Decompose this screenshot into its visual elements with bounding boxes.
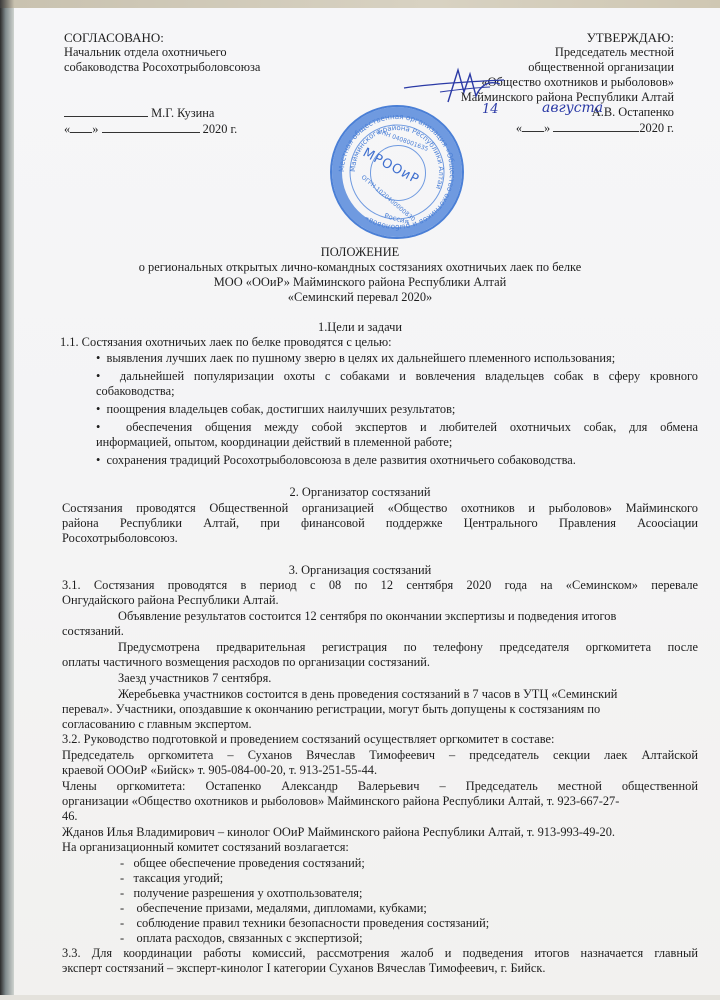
document-subtitle-line2: МОО «ООиР» Майминского района Республики…: [0, 275, 720, 290]
duty-item: - получение разрешения у охотпользовател…: [120, 886, 362, 901]
approved-position-line1: Председатель местной: [461, 45, 674, 60]
duty-item: - оплата расходов, связанных с экспертиз…: [120, 931, 363, 946]
zhdanov-line: Жданов Илья Владимирович – кинолог ООиР …: [62, 825, 615, 840]
quote-close: »: [544, 121, 550, 135]
duty-item: - соблюдение правил техники безопасности…: [120, 916, 489, 931]
section-1-heading: 1.Цели и задачи: [0, 320, 720, 335]
agreed-signer-name: М.Г. Кузина: [151, 106, 214, 120]
results-line2: состязаний.: [62, 624, 124, 639]
chair-line2: краевой ОООиР «Бийск» т. 905-084-00-20, …: [62, 763, 377, 778]
draw-line3: согласованию с главным экспертом.: [62, 717, 252, 732]
agreed-label: СОГЛАСОВАНО:: [64, 30, 260, 45]
bullet-icon: •: [96, 369, 100, 383]
members-line3: 46.: [62, 809, 78, 824]
results-line1: Объявление результатов состоится 12 сент…: [118, 609, 616, 624]
agreed-date-row: «» 2020 г.: [64, 121, 260, 137]
scan-top-edge: [0, 0, 720, 8]
signature-line: [64, 105, 148, 117]
draw-line1: Жеребьевка участников состоится в день п…: [118, 687, 617, 702]
quote-close: »: [92, 122, 98, 136]
list-item: • дальнейшей популяризации охоты с собак…: [96, 369, 698, 384]
section-2-heading: 2. Организатор состязаний: [0, 485, 720, 500]
dash-icon: -: [120, 856, 124, 870]
paragraph-3-3-line2: эксперт состязаний – эксперт-кинолог I к…: [62, 961, 545, 976]
duty-item: - таксация угодий;: [120, 871, 223, 886]
bullet-icon: •: [96, 402, 100, 416]
agreed-position-line2: собаководства Росохотрыболовсоюза: [64, 60, 260, 75]
members-line2: организации «Общество охотников и рыболо…: [62, 794, 619, 809]
arrival-line: Заезд участников 7 сентября.: [118, 671, 271, 686]
agreed-position-line1: Начальник отдела охотничьего: [64, 45, 260, 60]
section-2-text-line1: Состязания проводятся Общественной орган…: [62, 501, 698, 516]
scan-left-edge: [0, 8, 14, 1000]
handwritten-signature-icon: [400, 62, 510, 107]
list-item: • сохранения традиций Росохотрыболовсоюз…: [96, 453, 576, 468]
chair-line1: Председатель оргкомитета – Суханов Вячес…: [62, 748, 698, 763]
section-2-text-line3: Росохотрыболовсоюз.: [62, 531, 178, 546]
list-item: • поощрения владельцев собак, достигших …: [96, 402, 455, 417]
duty-item: - общее обеспечение проведения состязани…: [120, 856, 365, 871]
section-2-text-line2: района Республики Алтай, при финансовой …: [62, 516, 698, 531]
approved-year: 2020 г.: [639, 121, 674, 135]
paragraph-3-1-line1: 3.1. Состязания проводятся в период с 08…: [62, 578, 698, 593]
paragraph-3-1-line2: Онгудайского района Республики Алтай.: [62, 593, 279, 608]
agreed-block: СОГЛАСОВАНО: Начальник отдела охотничьег…: [64, 30, 260, 137]
day-blank: [522, 120, 544, 132]
duty-item: - обеспечение призами, медалями, диплома…: [120, 901, 427, 916]
month-blank: [553, 120, 639, 132]
registration-line2: оплаты частичного возмещения расходов по…: [62, 655, 430, 670]
organization-stamp: Местная общественная организация «Общест…: [330, 105, 464, 239]
list-item-continuation: информацией, опытом, координации действи…: [96, 435, 452, 450]
document-subtitle-line3: «Семинский перевал 2020»: [0, 290, 720, 305]
duties-intro: На организационный комитет состязаний во…: [62, 840, 349, 855]
approved-label: УТВЕРЖДАЮ:: [461, 30, 674, 45]
dash-icon: -: [120, 931, 124, 945]
agreed-year: 2020 г.: [203, 122, 238, 136]
dash-icon: -: [120, 916, 124, 930]
handwritten-day: 14: [482, 102, 499, 117]
approved-date-row: «» 2020 г.: [461, 120, 674, 136]
bullet-icon: •: [96, 453, 100, 467]
day-blank: [70, 121, 92, 133]
members-line1: Члены оргкомитета: Остапенко Александр В…: [62, 779, 698, 794]
list-item: • обеспечения общения между собой экспер…: [96, 420, 698, 435]
dash-icon: -: [120, 901, 124, 915]
dash-icon: -: [120, 886, 124, 900]
list-item-continuation: собаководства;: [96, 384, 175, 399]
handwritten-month: августа: [542, 100, 603, 116]
scan-bottom-edge: [0, 995, 720, 1000]
bullet-icon: •: [96, 351, 100, 365]
paragraph-3-2: 3.2. Руководство подготовкой и проведени…: [62, 732, 554, 747]
section-1-intro: 1.1. Состязания охотничьих лаек по белке…: [60, 335, 392, 350]
dash-icon: -: [120, 871, 124, 885]
section-3-heading: 3. Организация состязаний: [0, 563, 720, 578]
draw-line2: перевал». Участники, опоздавшие к оконча…: [62, 702, 600, 717]
document-subtitle-line1: о региональных открытых лично-командных …: [0, 260, 720, 275]
list-item: • выявления лучших лаек по пушному зверю…: [96, 351, 615, 366]
paragraph-3-3-line1: 3.3. Для координации работы комиссий, ра…: [62, 946, 698, 961]
document-title: ПОЛОЖЕНИЕ: [0, 245, 720, 260]
agreed-signature-row: М.Г. Кузина: [64, 105, 260, 121]
month-blank: [102, 121, 200, 133]
registration-line1: Предусмотрена предварительная регистраци…: [118, 640, 698, 655]
bullet-icon: •: [96, 420, 100, 434]
